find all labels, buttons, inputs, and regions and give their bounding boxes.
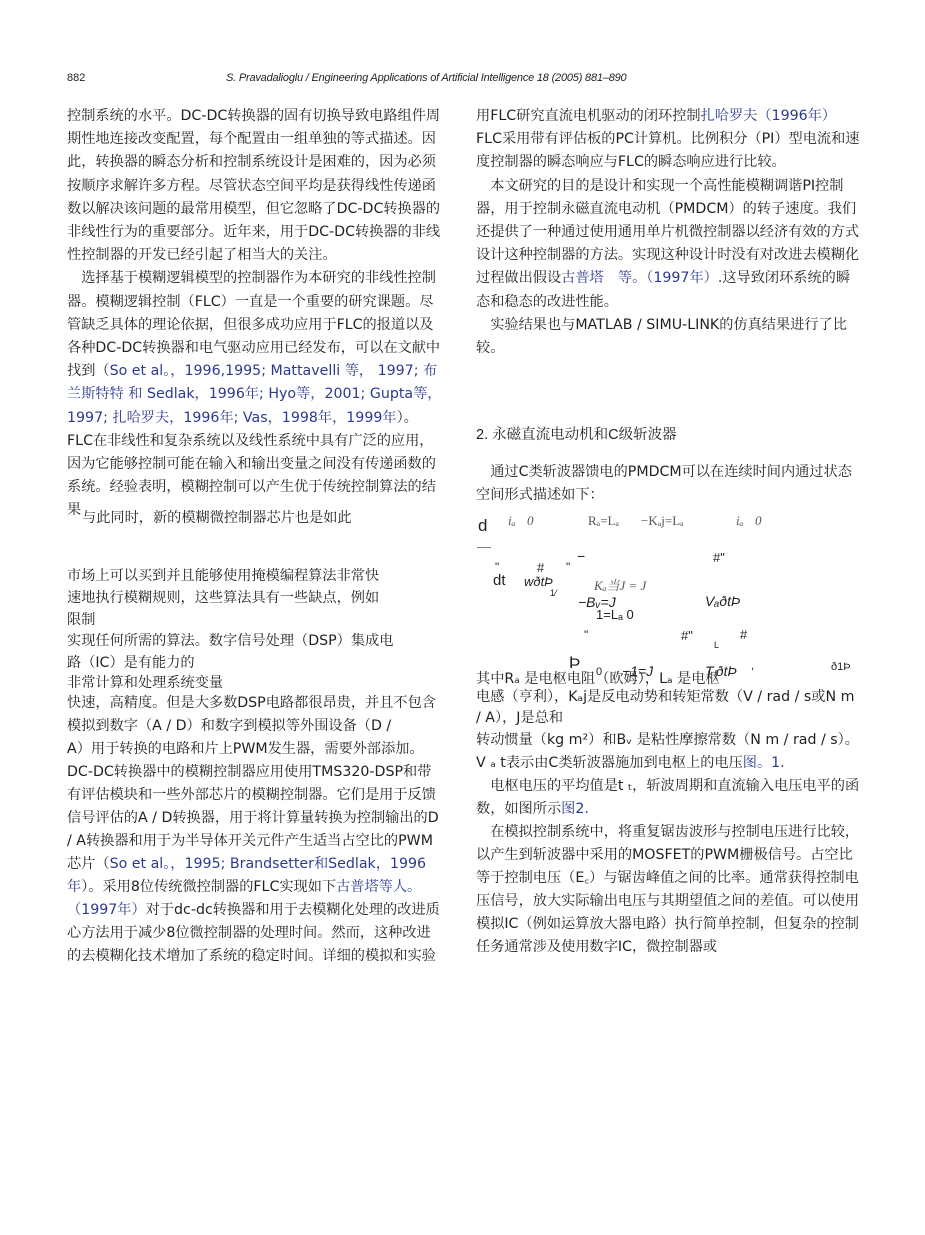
eq-minus: − bbox=[577, 548, 585, 564]
eq-hashquote: #" bbox=[713, 550, 725, 565]
page-header: 882 S. Pravadalioglu / Engineering Appli… bbox=[0, 72, 925, 88]
eq-quarter: 1⁄ bbox=[550, 588, 557, 598]
eq-quote: " bbox=[584, 628, 588, 642]
citation-link[interactable]: 古普塔 等。（1997年） bbox=[561, 270, 718, 286]
eq-hashquote: #" bbox=[681, 628, 693, 643]
line: 市场上可以买到并且能够使用掩模编程算法非常快 bbox=[67, 566, 443, 588]
eq-zero: 0 bbox=[527, 513, 534, 529]
line: 电感（亨利），Kₐj是反电动势和转矩常数（V / rad / s或N m / A… bbox=[476, 687, 861, 729]
citation-link[interactable]: 扎哈罗夫（1996年） bbox=[701, 108, 836, 124]
paragraph: 快速，高精度。但是大多数DSP电路都很昂贵，并且不包含模拟到数字（A / D）和… bbox=[67, 692, 443, 738]
eq-ia: iₐ bbox=[508, 513, 515, 529]
paragraph: 本文研究的目的是设计和实现一个高性能模糊调谐PI控制器，用于控制永磁直流电动机（… bbox=[476, 175, 861, 314]
eq-quote: " bbox=[566, 560, 570, 574]
page-number: 882 bbox=[67, 72, 85, 84]
right-column-section: 通过C类斩波器馈电的PMDCM可以在连续时间内通过状态空间形式描述如下： bbox=[476, 461, 861, 507]
line: 其中Rₐ 是电枢电阻（欧姆），Lₐ 是电枢 bbox=[476, 671, 861, 687]
paragraph: 用FLC研究直流电机驱动的闭环控制扎哈罗夫（1996年） FLC采用带有评估板的… bbox=[476, 105, 861, 175]
paragraph: 通过C类斩波器馈电的PMDCM可以在连续时间内通过状态空间形式描述如下： bbox=[476, 461, 861, 507]
left-column: 控制系统的水平。DC-DC转换器的固有切换导致电路组件周期性地连接改变配置，每个… bbox=[67, 105, 443, 523]
paragraph: 选择基于模糊逻辑模型的控制器作为本研究的非线性控制器。模糊逻辑控制（FLC）一直… bbox=[67, 267, 443, 522]
eq-ia: iₐ bbox=[736, 513, 743, 529]
eq-dt: dt bbox=[493, 572, 506, 589]
paragraph: 电枢电压的平均值是t ₜ，斩波周期和直流输入电压电平的函数，如图所示图2. bbox=[476, 775, 861, 821]
section-heading: 2. 永磁直流电动机和C级斩波器 bbox=[476, 423, 677, 444]
line: 限制 bbox=[67, 610, 443, 632]
eq-ra-la: Rₐ=Lₐ bbox=[588, 513, 619, 529]
paragraph: A）用于转换的电路和片上PWM发生器，需要外部添加。DC-DC转换器中的模糊控制… bbox=[67, 738, 443, 968]
paragraph: 实验结果也与MATLAB / SIMU-LINK的仿真结果进行了比较。 bbox=[476, 314, 861, 360]
right-column-lower: 其中Rₐ 是电枢电阻（欧姆），Lₐ 是电枢 电感（亨利），Kₐj是反电动势和转矩… bbox=[476, 671, 861, 959]
eq-L: L bbox=[714, 640, 719, 650]
overlapping-text: 与此同时，新的模糊微控制器芯片也是如此 bbox=[82, 508, 352, 528]
line: 非常计算和处理系统变量 bbox=[67, 675, 443, 692]
eq-ka-la: −Kₐj=Lₐ bbox=[641, 513, 684, 529]
journal-citation: S. Pravadalioglu / Engineering Applicati… bbox=[226, 72, 626, 84]
line: 实现任何所需的算法。数字信号处理（DSP）集成电 bbox=[67, 631, 443, 653]
figure-link[interactable]: 图 bbox=[561, 801, 575, 817]
eq-d: d bbox=[478, 516, 487, 536]
line: 速地执行模糊规则，这些算法具有一些缺点，例如 bbox=[67, 588, 443, 610]
paragraph: 在模拟控制系统中，将重复锯齿波形与控制电压进行比较，以产生到斩波器中采用的MOS… bbox=[476, 821, 861, 959]
eq-thorn: Þ bbox=[569, 653, 580, 673]
figure-link[interactable]: 图 bbox=[743, 755, 757, 771]
eq-hash: # bbox=[537, 560, 544, 575]
eq-one-la: 1=Lₐ 0 bbox=[596, 607, 634, 622]
paragraph: 控制系统的水平。DC-DC转换器的固有切换导致电路组件周期性地连接改变配置，每个… bbox=[67, 105, 443, 267]
line: 路（IC）是有能力的 bbox=[67, 653, 443, 675]
left-column-lower: 市场上可以买到并且能够使用掩模编程算法非常快 速地执行模糊规则，这些算法具有一些… bbox=[67, 566, 443, 968]
eq-zero: 0 bbox=[755, 513, 762, 529]
eq-hash: # bbox=[740, 627, 747, 642]
eq-ka-j: Kₐ当J = J bbox=[594, 575, 646, 594]
eq-omega-t: wðtÞ bbox=[524, 574, 553, 589]
right-column: 用FLC研究直流电机驱动的闭环控制扎哈罗夫（1996年） FLC采用带有评估板的… bbox=[476, 105, 861, 360]
eq-va: VₐðtÞ bbox=[705, 593, 740, 609]
eq-fraction-bar: — bbox=[477, 538, 491, 554]
citation-link[interactable]: So et al。，1996,1995; Mattavelli 等， 1997;… bbox=[67, 363, 441, 425]
paragraph: 转动惯量（kg m²）和Bᵥ 是粘性摩擦常数（N m / rad / s）。V … bbox=[476, 729, 861, 775]
